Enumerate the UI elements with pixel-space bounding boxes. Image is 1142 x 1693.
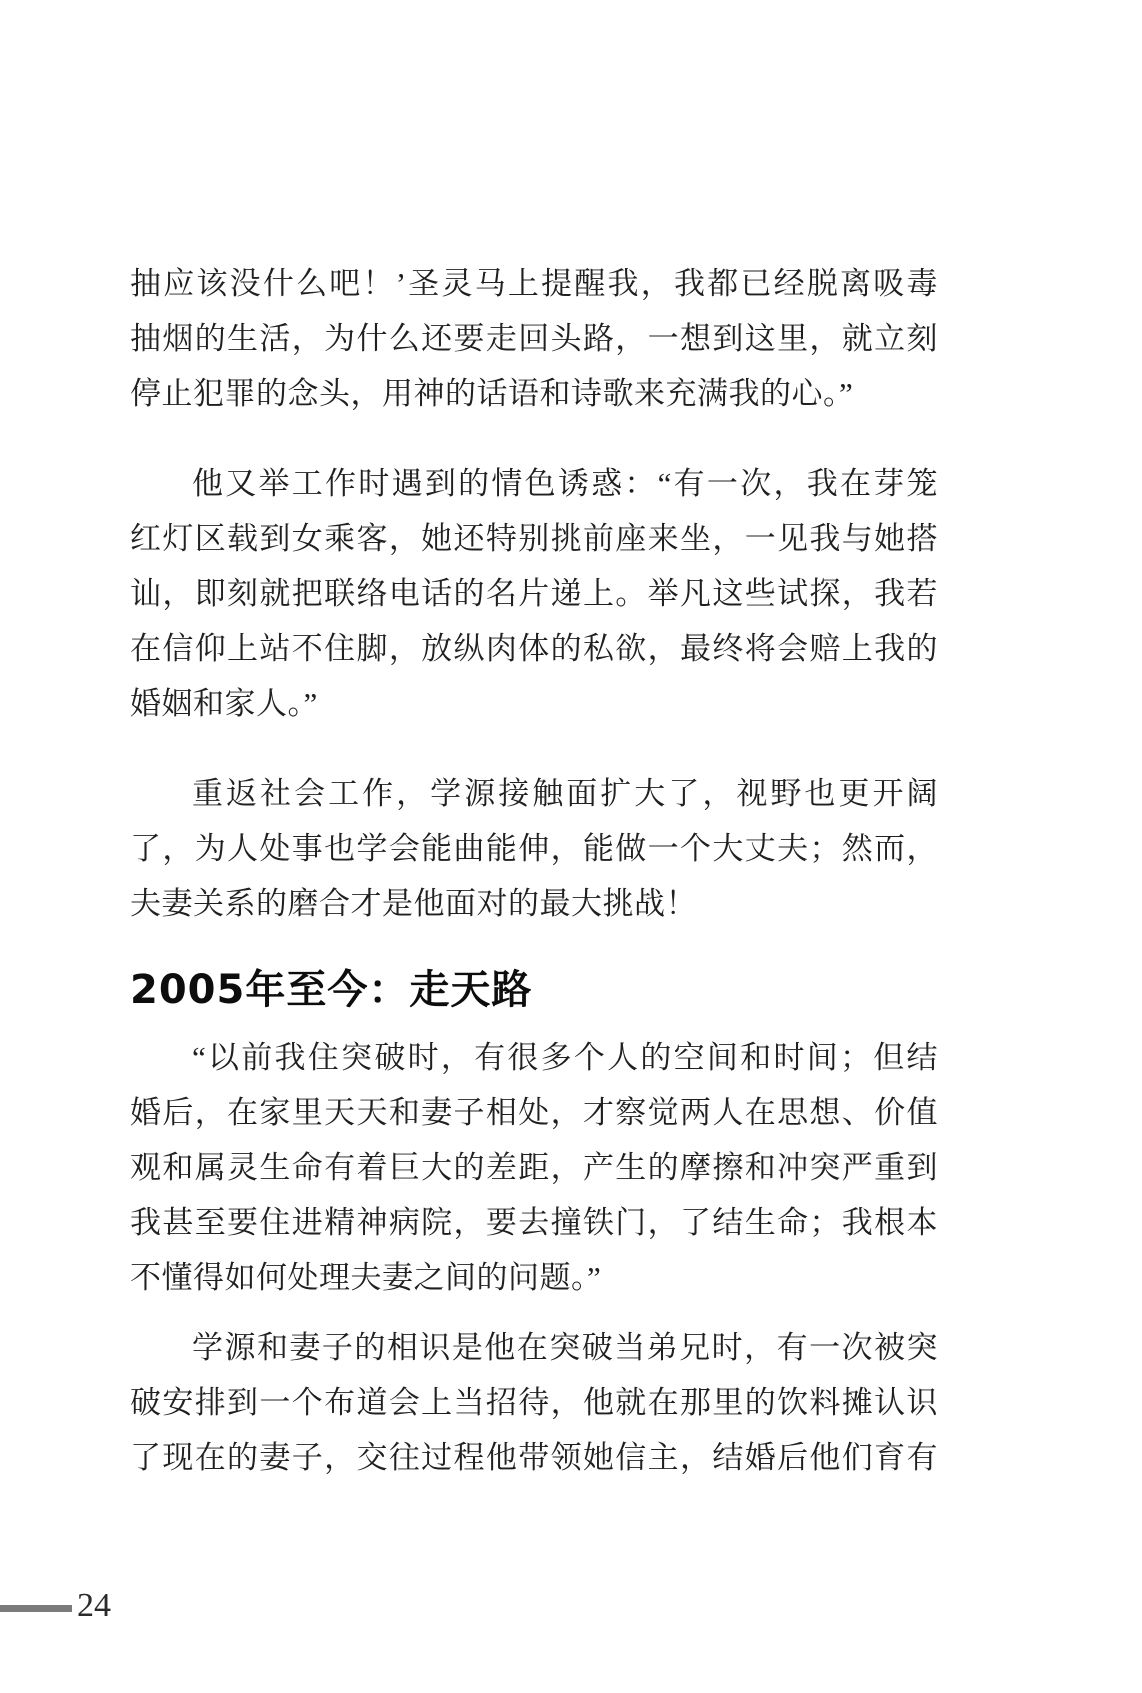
paragraph: 学源和妻子的相识是他在突破当弟兄时，有一次被突破安排到一个布道会上当招待，他就在… — [130, 1320, 938, 1485]
paragraph: 他又举工作时遇到的情色诱惑：“有一次，我在芽笼红灯区载到女乘客，她还特别挑前座来… — [130, 456, 938, 731]
text-line: 红灯区载到女乘客，她还特别挑前座来坐，一见我与她搭 — [130, 511, 938, 566]
text-line: 婚后，在家里天天和妻子相处，才察觉两人在思想、价值 — [130, 1085, 938, 1140]
page-footer-bar — [0, 1605, 72, 1612]
text-line: 重返社会工作，学源接触面扩大了，视野也更开阔 — [130, 766, 938, 821]
text-line: 停止犯罪的念头，用神的话语和诗歌来充满我的心。” — [130, 366, 938, 421]
text-line: 破安排到一个布道会上当招待，他就在那里的饮料摊认识 — [130, 1375, 938, 1430]
text-line: “以前我住突破时，有很多个人的空间和时间；但结 — [130, 1030, 938, 1085]
text-line: 了现在的妻子，交往过程他带领她信主，结婚后他们育有 — [130, 1430, 938, 1485]
paragraph: 抽应该没什么吧！’圣灵马上提醒我，我都已经脱离吸毒抽烟的生活，为什么还要走回头路… — [130, 256, 938, 421]
section-heading: 2005年至今：走天路 — [130, 966, 938, 1014]
text-line: 不懂得如何处理夫妻之间的问题。” — [130, 1250, 938, 1305]
text-line: 在信仰上站不住脚，放纵肉体的私欲，最终将会赔上我的 — [130, 621, 938, 676]
text-line: 他又举工作时遇到的情色诱惑：“有一次，我在芽笼 — [130, 456, 938, 511]
text-line: 抽应该没什么吧！’圣灵马上提醒我，我都已经脱离吸毒 — [130, 256, 938, 311]
page-number: 24 — [77, 1588, 111, 1624]
text-line: 讪，即刻就把联络电话的名片递上。举凡这些试探，我若 — [130, 566, 938, 621]
text-line: 我甚至要住进精神病院，要去撞铁门，了结生命；我根本 — [130, 1195, 938, 1250]
book-page: 抽应该没什么吧！’圣灵马上提醒我，我都已经脱离吸毒抽烟的生活，为什么还要走回头路… — [0, 0, 1142, 1693]
text-line: 了，为人处事也学会能曲能伸，能做一个大丈夫；然而， — [130, 821, 938, 876]
text-line: 观和属灵生命有着巨大的差距，产生的摩擦和冲突严重到 — [130, 1140, 938, 1195]
paragraph: “以前我住突破时，有很多个人的空间和时间；但结婚后，在家里天天和妻子相处，才察觉… — [130, 1030, 938, 1305]
text-column: 抽应该没什么吧！’圣灵马上提醒我，我都已经脱离吸毒抽烟的生活，为什么还要走回头路… — [130, 0, 938, 1520]
text-line: 抽烟的生活，为什么还要走回头路，一想到这里，就立刻 — [130, 311, 938, 366]
text-line: 学源和妻子的相识是他在突破当弟兄时，有一次被突 — [130, 1320, 938, 1375]
text-line: 婚姻和家人。” — [130, 676, 938, 731]
text-line: 夫妻关系的磨合才是他面对的最大挑战！ — [130, 876, 938, 931]
paragraph: 重返社会工作，学源接触面扩大了，视野也更开阔了，为人处事也学会能曲能伸，能做一个… — [130, 766, 938, 931]
